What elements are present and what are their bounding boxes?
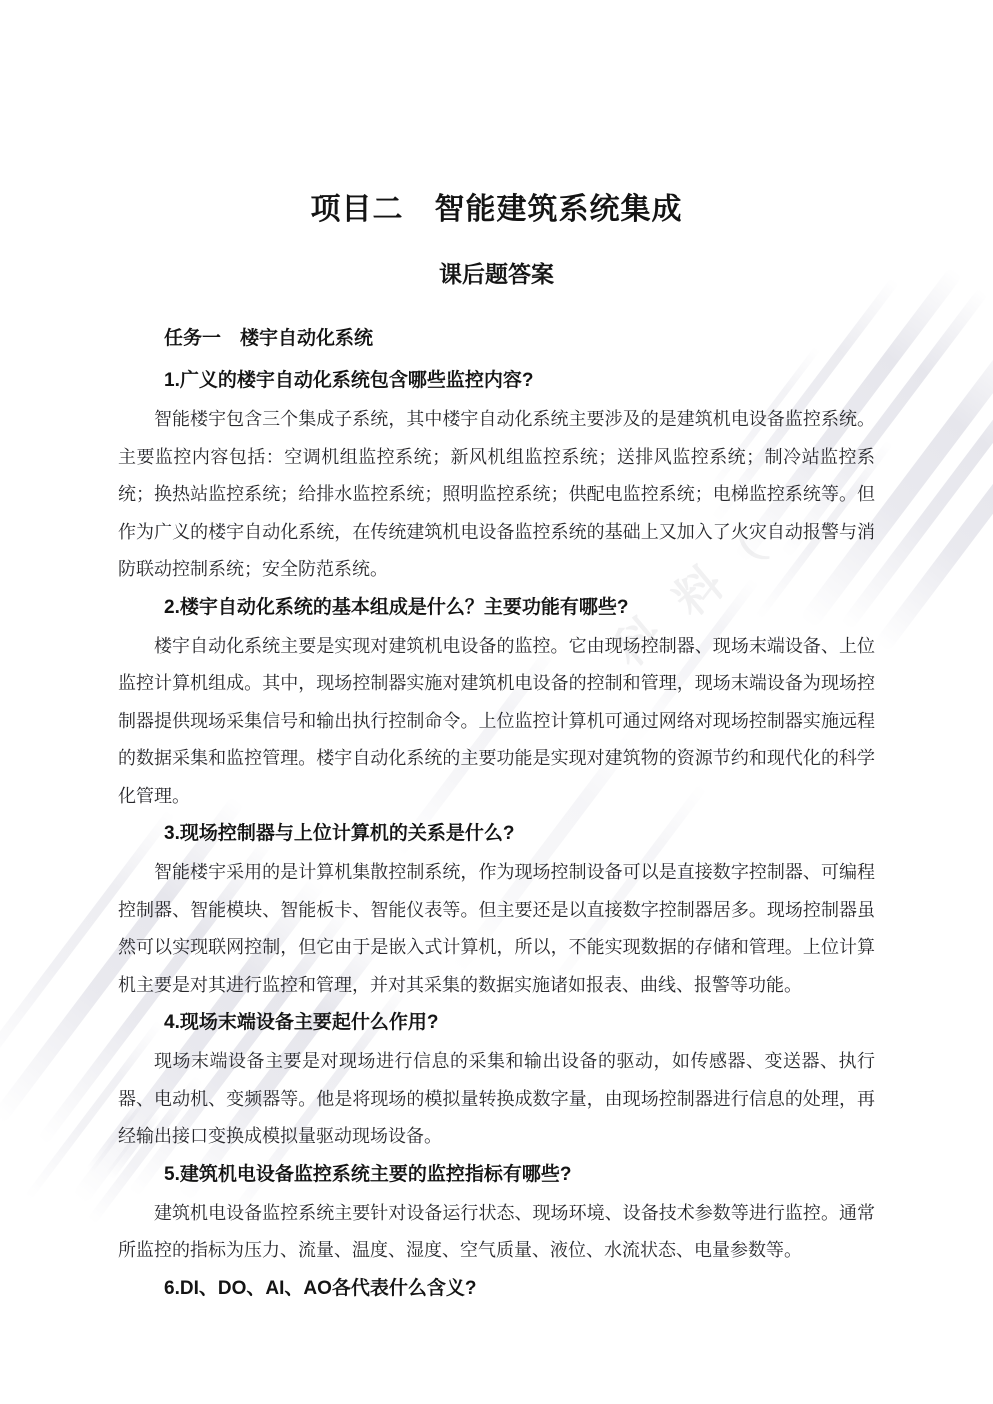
document-content: 项目二 智能建筑系统集成 课后题答案 任务一 楼宇自动化系统 1.广义的楼宇自动… <box>0 0 993 1404</box>
qa-item-4: 4.现场末端设备主要起什么作用? 现场末端设备主要是对现场进行信息的采集和输出设… <box>118 1010 875 1156</box>
question-3: 3.现场控制器与上位计算机的关系是什么? <box>164 821 875 846</box>
document-page: 科 料（ 项目二 智能建筑系统集成 课后题答案 任务一 楼宇自动化系统 1.广义… <box>0 0 993 1404</box>
answer-1: 智能楼宇包含三个集成子系统，其中楼宇自动化系统主要涉及的是建筑机电设备监控系统。… <box>118 401 875 589</box>
answer-2: 楼宇自动化系统主要是实现对建筑机电设备的监控。它由现场控制器、现场末端设备、上位… <box>118 628 875 816</box>
section-heading: 任务一 楼宇自动化系统 <box>164 327 875 351</box>
answer-3: 智能楼宇采用的是计算机集散控制系统，作为现场控制设备可以是直接数字控制器、可编程… <box>118 854 875 1004</box>
question-2: 2.楼宇自动化系统的基本组成是什么？主要功能有哪些? <box>164 595 875 620</box>
question-5: 5.建筑机电设备监控系统主要的监控指标有哪些? <box>164 1162 875 1187</box>
qa-item-3: 3.现场控制器与上位计算机的关系是什么? 智能楼宇采用的是计算机集散控制系统，作… <box>118 821 875 1004</box>
question-4: 4.现场末端设备主要起什么作用? <box>164 1010 875 1035</box>
qa-item-5: 5.建筑机电设备监控系统主要的监控指标有哪些? 建筑机电设备监控系统主要针对设备… <box>118 1162 875 1270</box>
question-1: 1.广义的楼宇自动化系统包含哪些监控内容? <box>164 368 875 393</box>
qa-item-6: 6.DI、DO、AI、AO各代表什么含义? <box>118 1276 875 1301</box>
question-6: 6.DI、DO、AI、AO各代表什么含义? <box>164 1276 875 1301</box>
answer-5: 建筑机电设备监控系统主要针对设备运行状态、现场环境、设备技术参数等进行监控。通常… <box>118 1195 875 1270</box>
qa-item-1: 1.广义的楼宇自动化系统包含哪些监控内容? 智能楼宇包含三个集成子系统，其中楼宇… <box>118 368 875 589</box>
answer-4: 现场末端设备主要是对现场进行信息的采集和输出设备的驱动，如传感器、变送器、执行器… <box>118 1043 875 1156</box>
page-title: 项目二 智能建筑系统集成 <box>118 191 875 229</box>
qa-item-2: 2.楼宇自动化系统的基本组成是什么？主要功能有哪些? 楼宇自动化系统主要是实现对… <box>118 595 875 816</box>
page-subtitle: 课后题答案 <box>118 259 875 289</box>
